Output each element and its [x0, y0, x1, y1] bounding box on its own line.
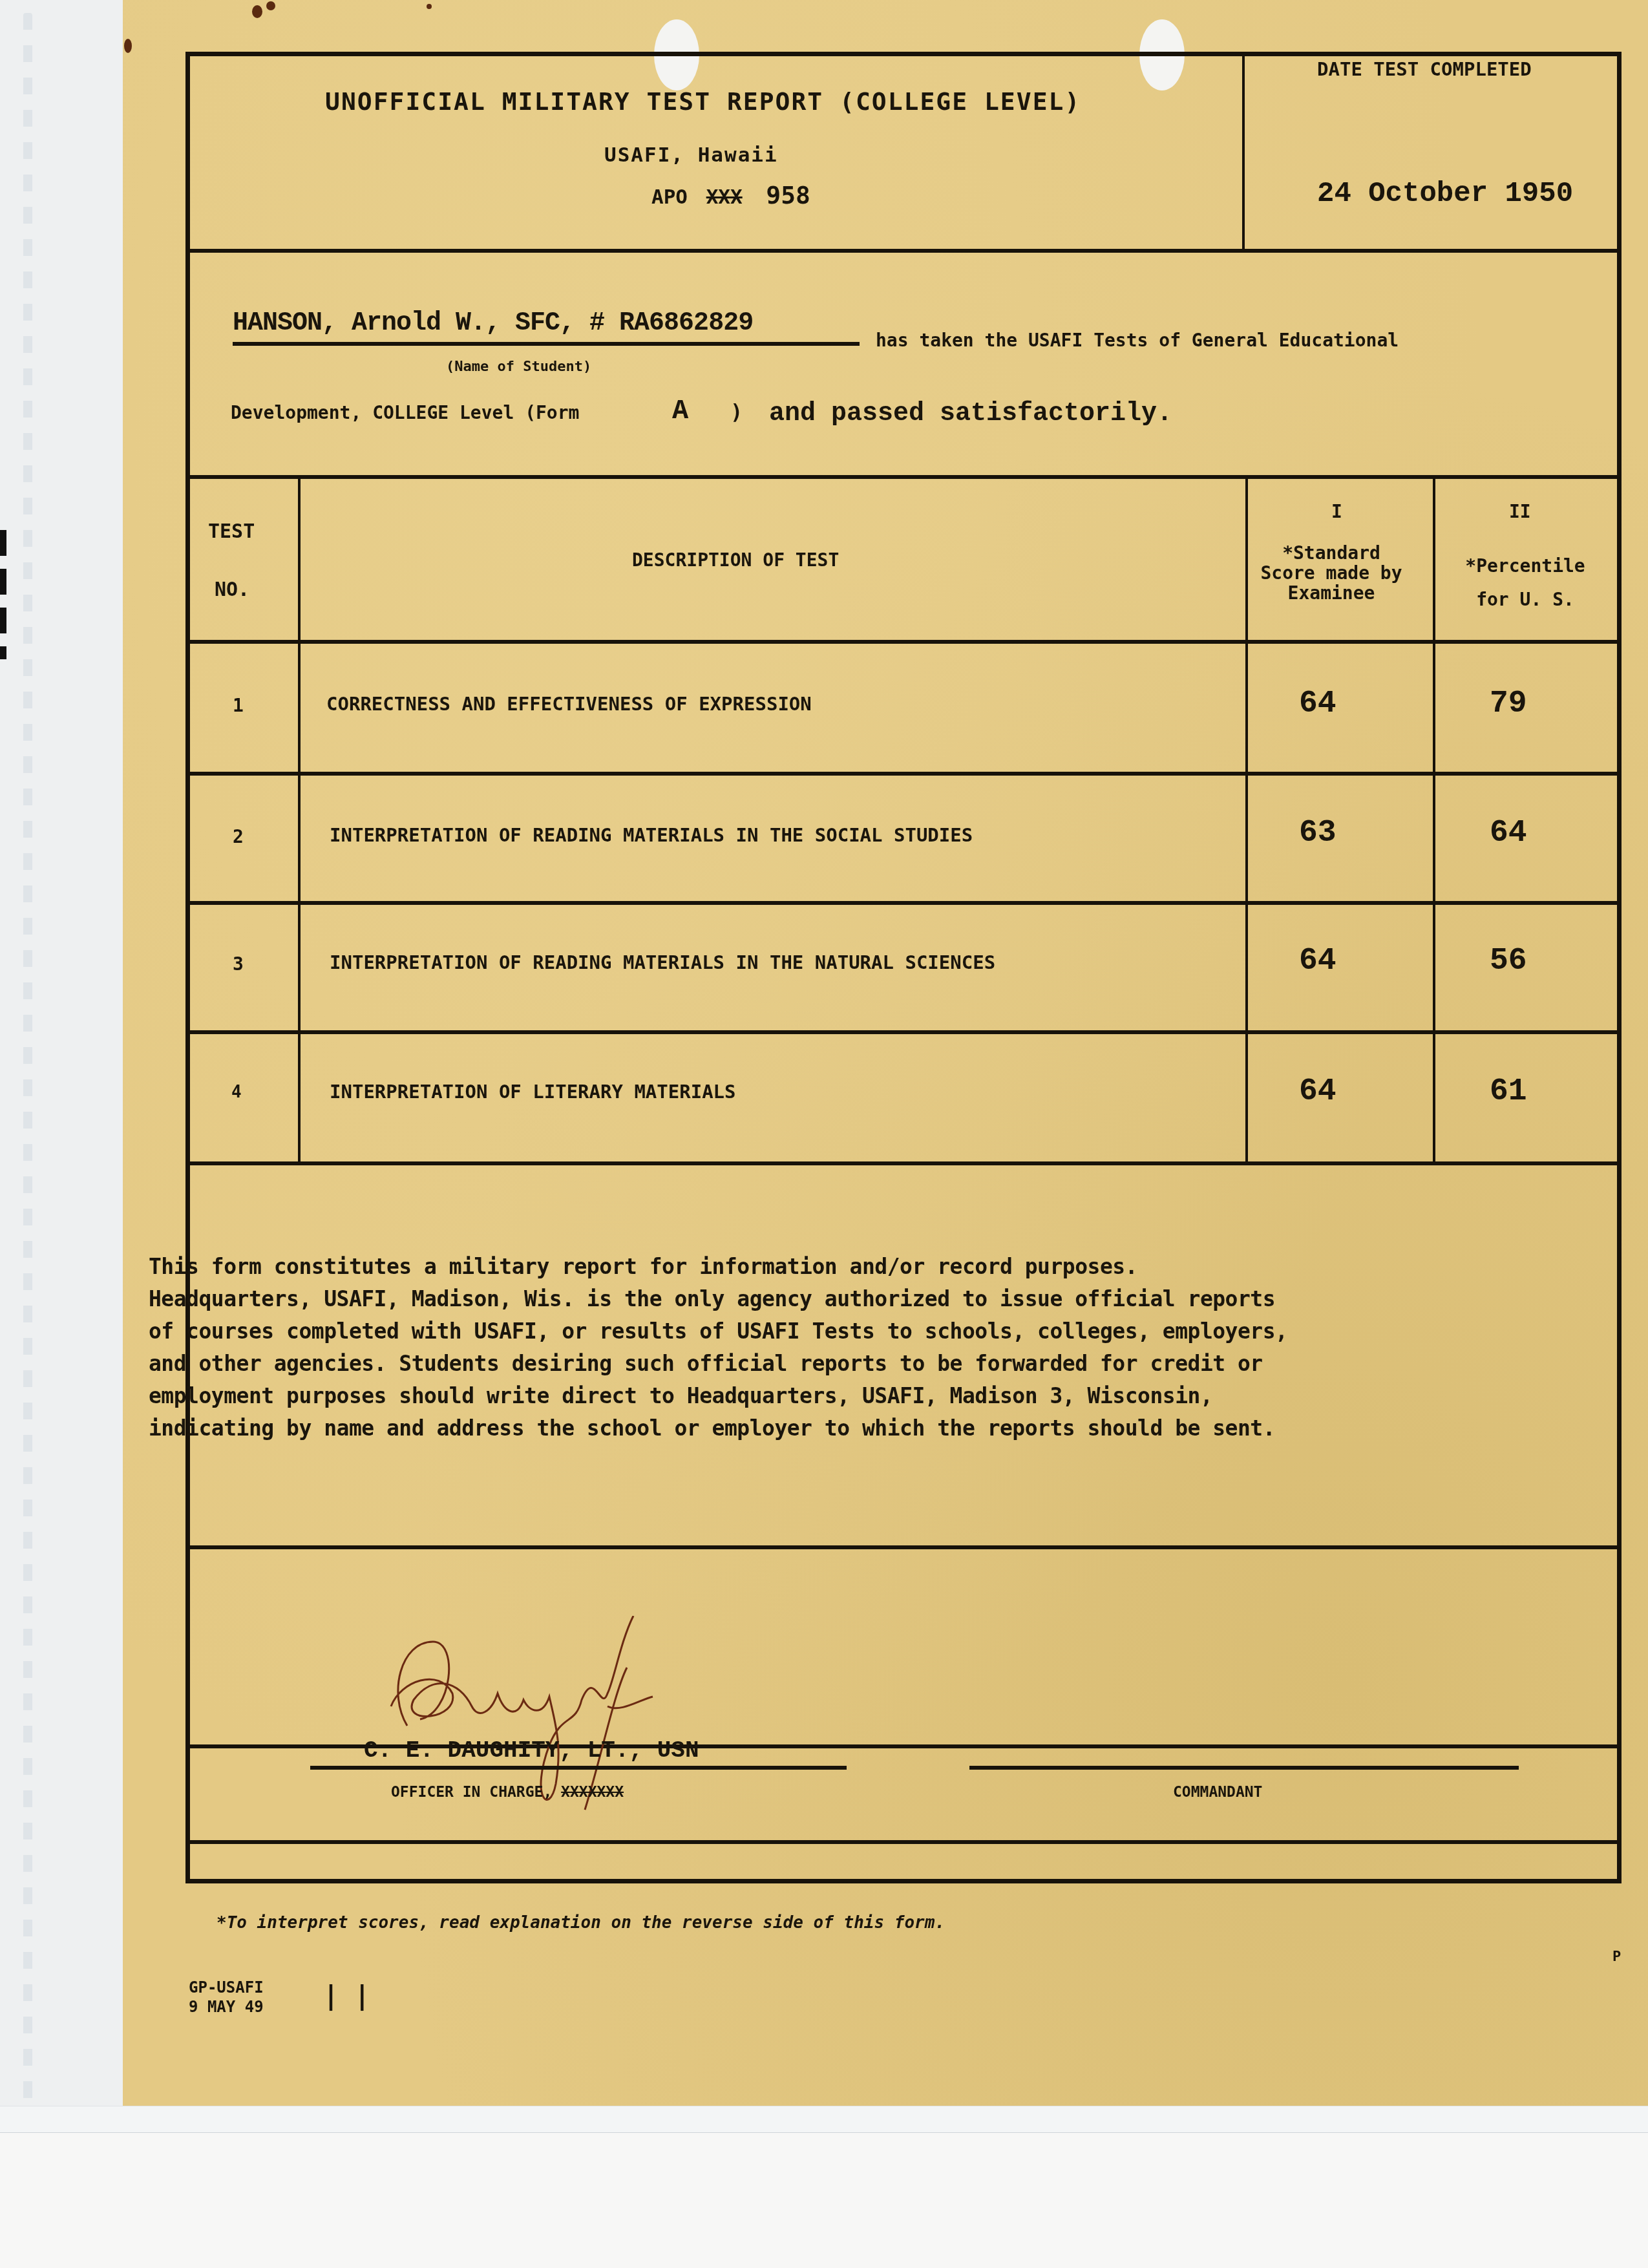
header-test-line2: NO.: [215, 578, 249, 601]
form-code-line2: 9 MAY 49: [189, 1997, 264, 2017]
stain: [427, 4, 432, 9]
header-test-line1: TEST: [208, 520, 255, 543]
divider: [190, 249, 1617, 253]
stain: [266, 1, 275, 10]
date-label: DATE TEST COMPLETED: [1317, 58, 1532, 80]
divider: [1245, 475, 1248, 1164]
notice-text: This form constitutes a military report …: [149, 1251, 1299, 1445]
header-col2-label: *Percentile for U. S.: [1448, 549, 1603, 617]
apo-line: APO XXX 958: [651, 181, 810, 209]
row-standard-score: 64: [1299, 686, 1336, 721]
footnote-text: *To interpret scores, read explanation o…: [217, 1913, 945, 1933]
divider: [190, 1840, 1617, 1844]
edge-mark: [0, 530, 6, 659]
form-letter: A: [672, 396, 688, 427]
row-description: CORRECTNESS AND EFFECTIVENESS OF EXPRESS…: [326, 693, 812, 715]
row-standard-score: 64: [1299, 1074, 1336, 1109]
row-number: 1: [233, 695, 244, 716]
commandant-label: COMMANDANT: [1173, 1784, 1262, 1801]
header-description: DESCRIPTION OF TEST: [632, 549, 839, 571]
stain: [124, 39, 132, 53]
form-marks: | |: [323, 1981, 370, 2011]
row-description: INTERPRETATION OF READING MATERIALS IN T…: [330, 824, 973, 846]
header-col1-numeral: I: [1331, 501, 1342, 522]
divider: [1433, 475, 1435, 1164]
apo-struck: XXX: [706, 185, 743, 209]
signer-title: OFFICER IN CHARGE, XXXXXXX: [391, 1784, 624, 1801]
signer-title-struck: XXXXXXX: [561, 1784, 624, 1801]
statement-part2: Development, COLLEGE Level (Form: [231, 402, 579, 423]
divider: [190, 772, 1617, 776]
form-code-line1: GP-USAFI: [189, 1978, 264, 1997]
form-close: ): [730, 399, 743, 424]
signer-title-text: OFFICER IN CHARGE,: [391, 1784, 552, 1801]
signature-line: [310, 1766, 847, 1770]
corner-letter: P: [1612, 1949, 1621, 1965]
divider: [1242, 56, 1245, 249]
name-caption: (Name of Student): [446, 359, 591, 375]
divider: [190, 1161, 1617, 1165]
report-title: UNOFFICIAL MILITARY TEST REPORT (COLLEGE…: [325, 87, 1081, 116]
divider: [190, 475, 1617, 479]
row-percentile: 79: [1490, 686, 1527, 721]
student-name: HANSON, Arnold W., SFC, # RA6862829: [233, 309, 860, 346]
row-number: 3: [233, 953, 244, 975]
row-number: 4: [231, 1083, 242, 1102]
form-code: GP-USAFI 9 MAY 49: [189, 1978, 264, 2017]
signer-name: C. E. DAUGHITY, LT., USN: [364, 1737, 699, 1764]
statement-part1: has taken the USAFI Tests of General Edu…: [876, 330, 1399, 351]
row-percentile: 64: [1490, 816, 1527, 851]
divider: [298, 475, 301, 1164]
sleeve-perforation: [23, 13, 32, 2107]
row-percentile: 56: [1490, 944, 1527, 979]
location-line: USAFI, Hawaii: [604, 143, 778, 167]
row-number: 2: [233, 826, 244, 847]
row-description: INTERPRETATION OF READING MATERIALS IN T…: [330, 951, 995, 973]
plastic-sleeve: [0, 0, 123, 2120]
divider: [190, 1545, 1617, 1549]
result-text: and passed satisfactorily.: [769, 399, 1172, 429]
row-standard-score: 64: [1299, 944, 1336, 979]
apo-prefix: APO: [651, 185, 688, 209]
divider: [190, 901, 1617, 905]
row-description: INTERPRETATION OF LITERARY MATERIALS: [330, 1081, 736, 1103]
stain: [252, 5, 262, 18]
sleeve-bottom-edge: [0, 2106, 1648, 2133]
row-percentile: 61: [1490, 1074, 1527, 1109]
footnote: *To interpret scores, read explanation o…: [217, 1913, 945, 1933]
header-col2-numeral: II: [1509, 501, 1531, 522]
divider: [190, 640, 1617, 644]
apo-number: 958: [766, 181, 810, 209]
header-col1-label: *Standard Score made by Examinee: [1260, 543, 1402, 603]
date-value: 24 October 1950: [1317, 178, 1573, 210]
divider: [190, 1030, 1617, 1034]
row-standard-score: 63: [1299, 816, 1336, 851]
commandant-signature-line: [969, 1766, 1519, 1770]
